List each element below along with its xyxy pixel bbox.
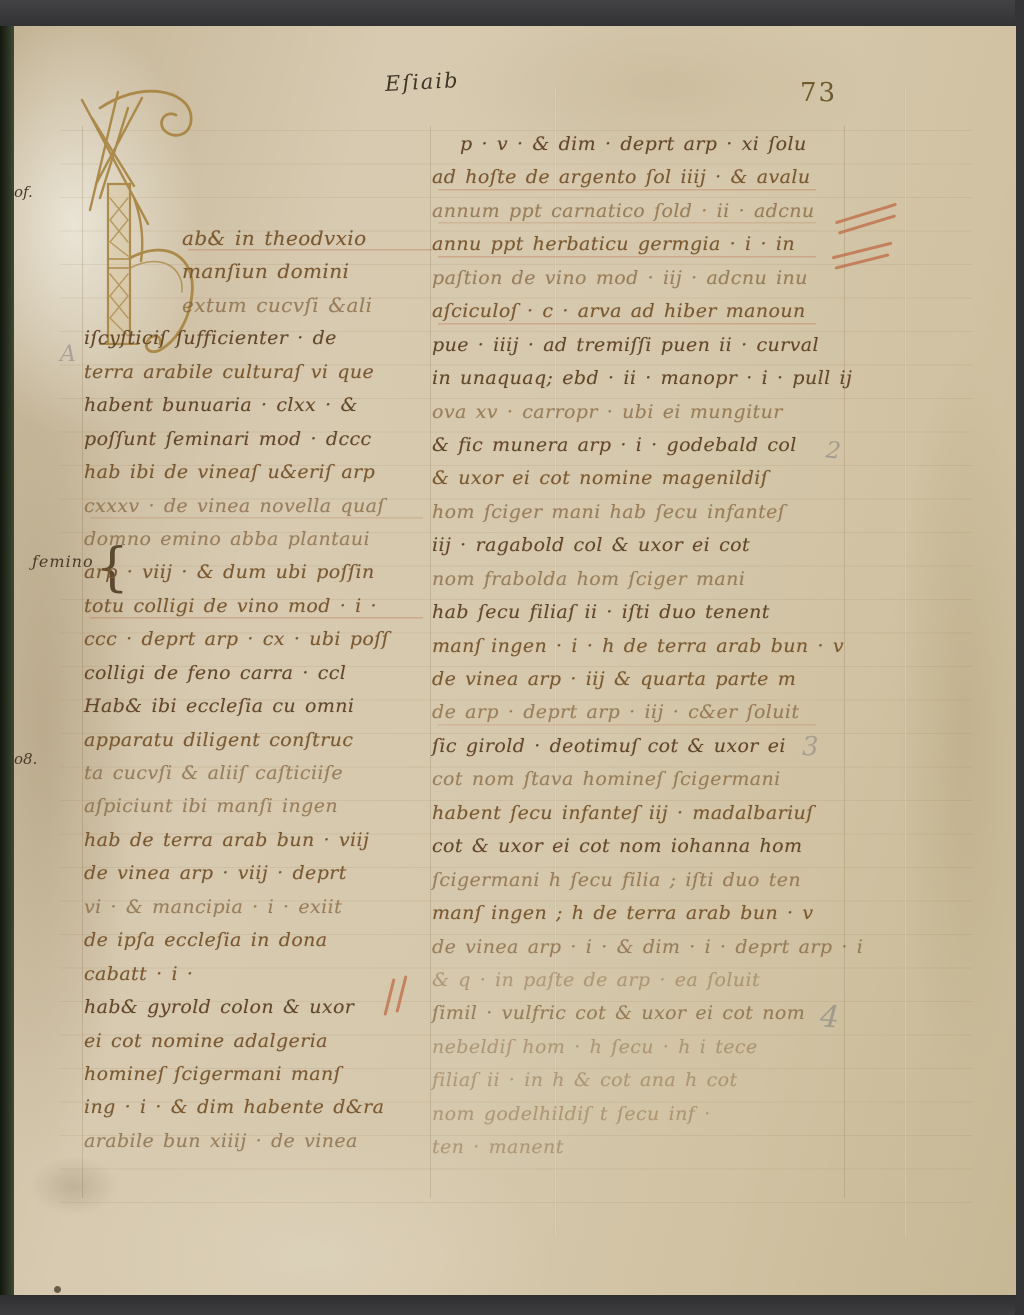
manuscript-line: ta cucvſi & aliiſ caſticiiſe xyxy=(84,757,454,790)
manuscript-line: hab ſecu filiaſ ii · iſti duo tenent xyxy=(432,596,852,629)
photo-background-top xyxy=(0,0,1024,26)
manuscript-line: ſimil · vulfric cot & uxor ei cot nom xyxy=(432,997,852,1030)
manuscript-line: aſpiciunt ibi manſi ingen xyxy=(84,790,454,823)
manuscript-line: aſciculoſ · c · arva ad hiber manoun xyxy=(432,295,852,328)
margin-fragment-upper: of. xyxy=(14,183,33,201)
manuscript-line: cxxxv · de vinea novella quaſ xyxy=(84,490,454,523)
manuscript-line: extum cucvſi &ali xyxy=(182,289,454,322)
manuscript-line: totu colligi de vino mod · i · xyxy=(84,590,454,623)
manuscript-line: arp · viij · & dum ubi poſſin xyxy=(84,556,454,589)
manuscript-line: ei cot nomine adalgeria xyxy=(84,1025,454,1058)
manuscript-line: manſiun domini xyxy=(182,255,454,288)
manuscript-line: poſſunt ſeminari mod · dccc xyxy=(84,423,454,456)
pencil-mark-a: A xyxy=(60,342,76,367)
manuscript-line: manſ ingen · i · h de terra arab bun · v xyxy=(432,630,852,663)
pencil-mark-4: 4 xyxy=(819,999,840,1035)
manuscript-line: homineſ ſcigermani manſ xyxy=(84,1058,454,1091)
manuscript-line: colligi de feno carra · ccl xyxy=(84,657,454,690)
manuscript-line: ing · i · & dim habente d&ra xyxy=(84,1091,454,1124)
manuscript-line: ſic girold · deotimuſ cot & uxor ei xyxy=(432,730,852,763)
manuscript-line: arabile bun xiiij · de vinea xyxy=(84,1125,454,1158)
manuscript-line: habent ſecu infanteſ iij · madalbariuſ xyxy=(432,797,852,830)
manuscript-line: & q · in paſte de arp · ea ſoluit xyxy=(432,964,852,997)
manuscript-line: hab ibi de vineaſ u&eriſ arp xyxy=(84,456,454,489)
manuscript-line: habent bunuaria · clxx · & xyxy=(84,389,454,422)
photo-background-right xyxy=(1015,0,1024,1315)
manuscript-line: annum ppt carnatico ſold · ii · adcnu xyxy=(432,195,852,228)
manuscript-line: terra arabile culturaſ vi que xyxy=(84,356,454,389)
manuscript-line: filiaſ ii · in h & cot ana h cot xyxy=(432,1064,852,1097)
manuscript-line: apparatu diligent conſtruc xyxy=(84,724,454,757)
manuscript-line: Hab& ibi eccleſia cu omni xyxy=(84,690,454,723)
manuscript-line: pue · iiij · ad tremiſſi puen ii · curva… xyxy=(432,329,852,362)
manuscript-photo: Eſiaib 73 ƒemino{ of. o8. ab& in theodvx… xyxy=(0,0,1024,1315)
pencil-mark-3: 3 xyxy=(802,732,819,762)
manuscript-line: de arp · deprt arp · iij · c&er ſoluit xyxy=(432,696,852,729)
manuscript-line: cot nom ſtava homineſ ſcigermani xyxy=(432,763,852,796)
manuscript-line: ab& in theodvxio xyxy=(182,222,454,255)
manuscript-line: & fic munera arp · i · godebald col xyxy=(432,429,852,462)
manuscript-line: iſcyſticiſ ſufficienter · de xyxy=(84,322,454,355)
manuscript-line: hab de terra arab bun · viij xyxy=(84,824,454,857)
manuscript-line: nom godelhildiſ t ſecu inf · xyxy=(432,1098,852,1131)
photo-background-bottom xyxy=(0,1294,1024,1315)
manuscript-line: manſ ingen ; h de terra arab bun · v xyxy=(432,897,852,930)
manuscript-line: nebeldiſ hom · h ſecu · h i tece xyxy=(432,1031,852,1064)
parchment-hole xyxy=(54,1286,61,1293)
manuscript-line: p · v · & dim · deprt arp · xi ſolu xyxy=(460,128,852,161)
parchment-page: Eſiaib 73 ƒemino{ of. o8. ab& in theodvx… xyxy=(14,26,1016,1295)
manuscript-line: in unaquaq; ebd · ii · manopr · i · pull… xyxy=(432,362,852,395)
header-inscription: Eſiaib xyxy=(384,68,460,96)
manuscript-line: annu ppt herbaticu germgia · i · in xyxy=(432,228,852,261)
manuscript-line: de ipſa eccleſia in dona xyxy=(84,924,454,957)
folio-number: 73 xyxy=(800,78,837,108)
manuscript-line: ova xv · carropr · ubi ei mungitur xyxy=(432,396,852,429)
manuscript-line: ccc · deprt arp · cx · ubi poſſ xyxy=(84,623,454,656)
manuscript-line: cot & uxor ei cot nom iohanna hom xyxy=(432,830,852,863)
manuscript-line: ten · manent xyxy=(432,1131,852,1164)
pencil-mark-2: 2 xyxy=(825,437,842,464)
manuscript-line: de vinea arp · i · & dim · i · deprt arp… xyxy=(432,931,852,964)
parchment-crease xyxy=(904,86,907,1236)
manuscript-line: ſcigermani h ſecu filia ; iſti duo ten xyxy=(432,864,852,897)
manuscript-line: vi · & mancipia · i · exiit xyxy=(84,891,454,924)
manuscript-line: ad hoſte de argento ſol iiij · & avalu xyxy=(432,161,852,194)
margin-fragment-lower: o8. xyxy=(14,750,37,768)
manuscript-line: nom frabolda hom ſciger mani xyxy=(432,563,852,596)
book-binding-edge xyxy=(0,26,15,1295)
manuscript-line: hom ſciger mani hab ſecu infanteſ xyxy=(432,496,852,529)
manuscript-line: de vinea arp · viij · deprt xyxy=(84,857,454,890)
manuscript-line: iij · ragabold col & uxor ei cot xyxy=(432,529,852,562)
manuscript-line: cabatt · i · xyxy=(84,958,454,991)
text-column-right: p · v · & dim · deprt arp · xi ſolu ad h… xyxy=(432,128,852,1165)
manuscript-line: & uxor ei cot nomine magenildiſ xyxy=(432,462,852,495)
text-column-left: ab& in theodvxio manſiun domini extum cu… xyxy=(84,222,454,1158)
manuscript-line: domno emino abba plantaui xyxy=(84,523,454,556)
manuscript-line: de vinea arp · iij & quarta parte m xyxy=(432,663,852,696)
manuscript-line: paſtion de vino mod · iij · adcnu inu xyxy=(432,262,852,295)
